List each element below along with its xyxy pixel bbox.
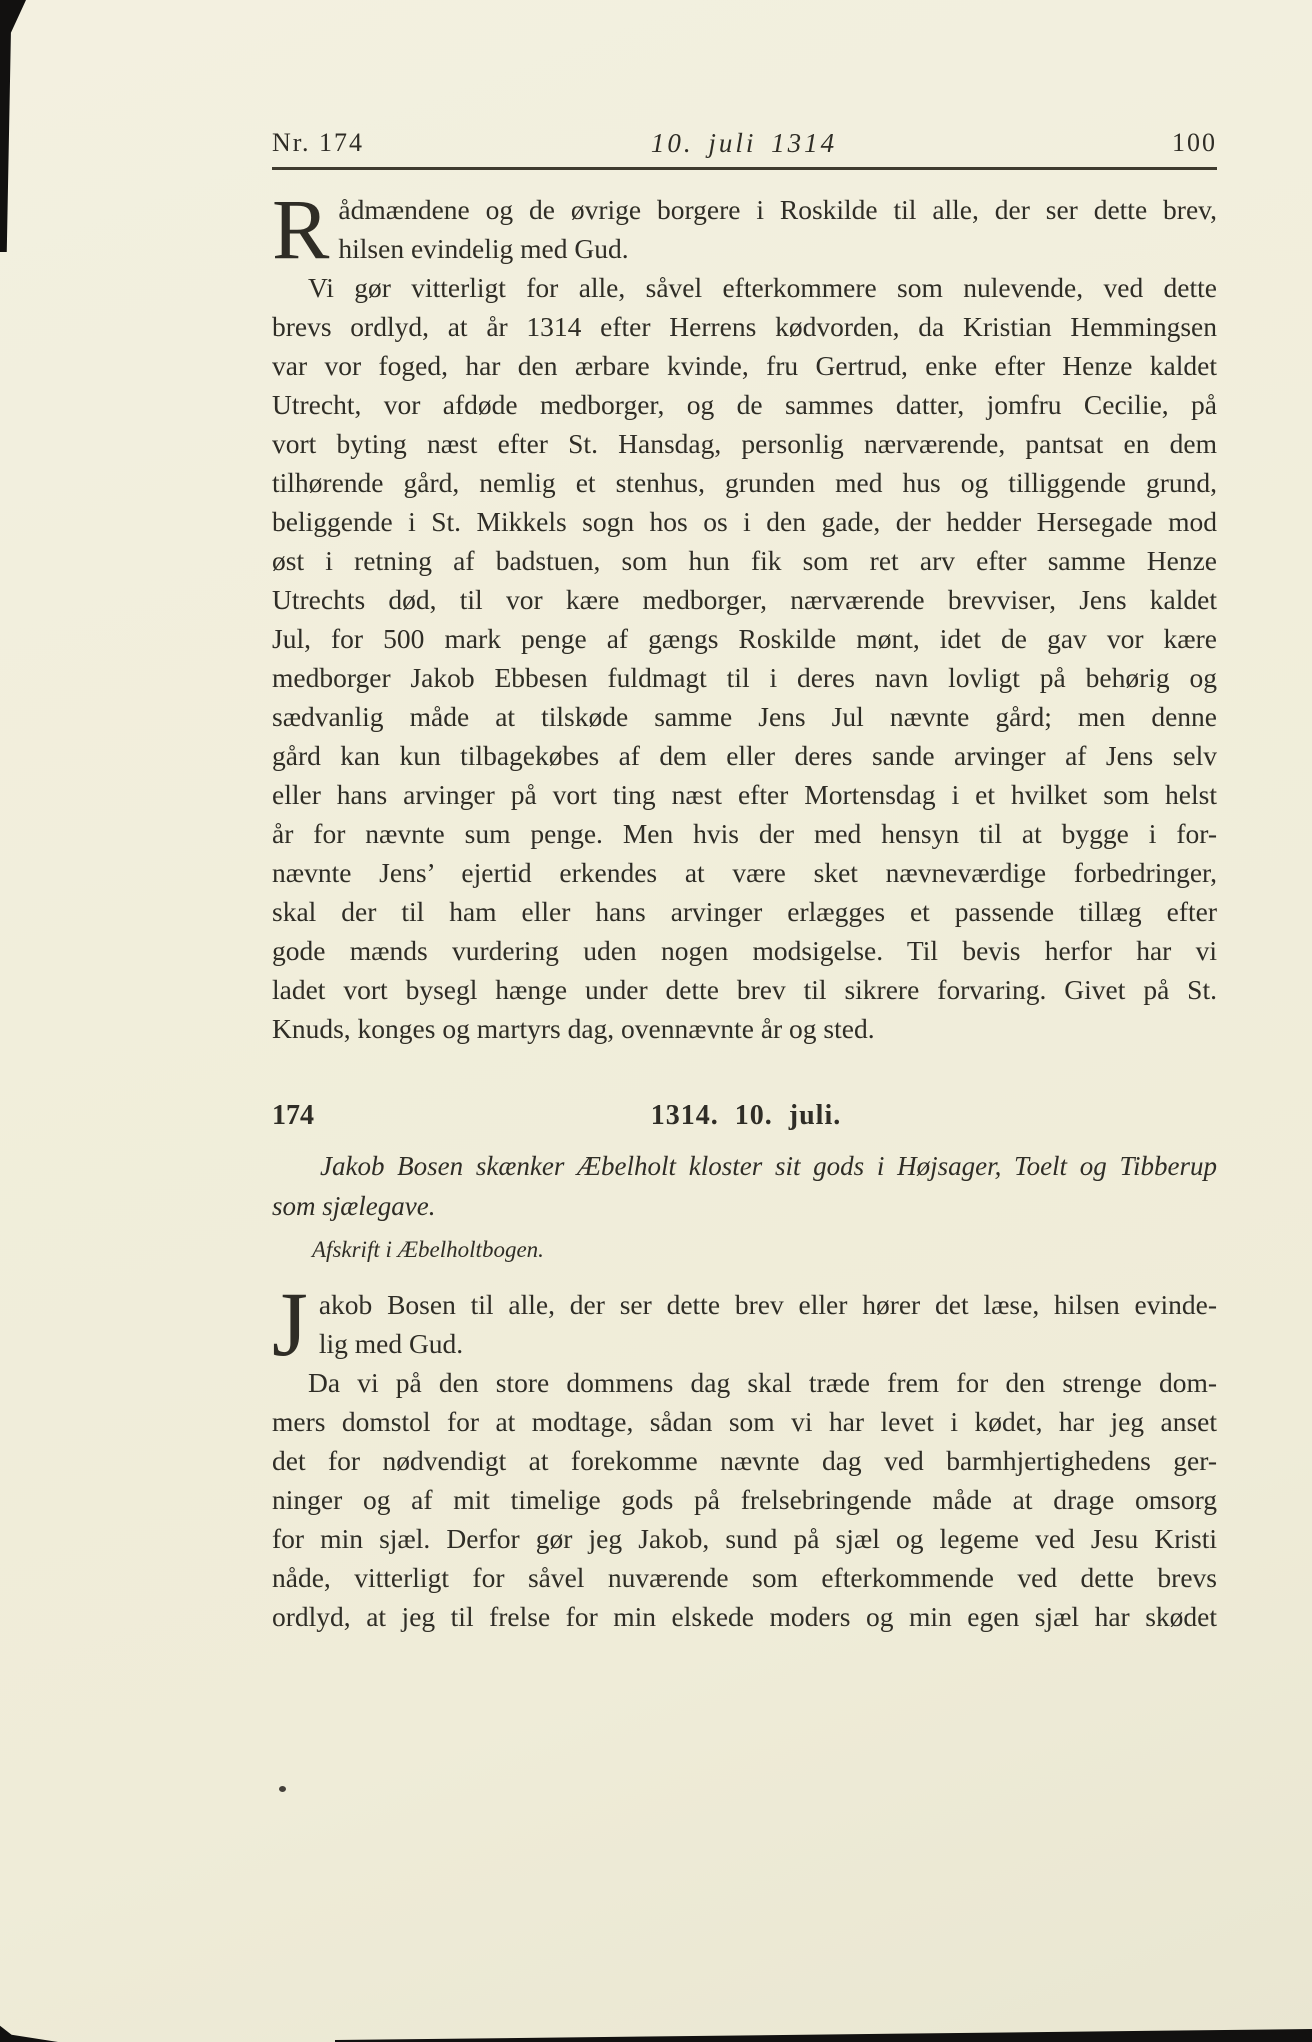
text-line: Jul, for 500 mark penge af gængs Roskild… [272,619,1217,658]
text-line: Da vi på den store dommens dag skal træd… [272,1363,1217,1402]
source-note: Afskrift i Æbelholtbogen. [312,1237,544,1263]
text-line: øst i retning af badstuen, som hun fik s… [272,541,1217,580]
running-header: Nr. 174 10. juli 1314 100 [272,128,1217,164]
entry-heading: 174 1314. 10. juli. [272,1100,1217,1142]
text-line: år for nævnte sum penge. Men hvis der me… [272,814,1217,853]
text-line: var vor foged, har den ærbare kvinde, fr… [272,346,1217,385]
text-line: Utrechts død, til vor kære medborger, næ… [272,580,1217,619]
text-line: for min sjæl. Derfor gør jeg Jakob, sund… [272,1519,1217,1558]
header-date: 10. juli 1314 [651,128,837,159]
text-line: hilsen evindelig med Gud. [272,229,1217,268]
scan-artifact-bottom-left [0,2024,58,2042]
text-line: det for nødvendigt at forekomme nævnte d… [272,1441,1217,1480]
header-page-number: 100 [1172,128,1217,158]
text-line: ådmændene og de øvrige borgere i Roskild… [272,190,1217,229]
text-line: gode mænds vurdering uden nogen modsigel… [272,931,1217,970]
entry-number: 174 [272,1100,314,1132]
doc1-salutation: R ådmændene og de øvrige borgere i Roski… [272,190,1217,268]
text-line: akob Bosen til alle, der ser dette brev … [272,1285,1217,1324]
text-line: eller hans arvinger på vort ting næst ef… [272,775,1217,814]
text-line: sædvanlig måde at tilskøde samme Jens Ju… [272,697,1217,736]
text-line: lig med Gud. [272,1324,1217,1363]
drop-cap-j: J [272,1286,319,1362]
doc2-body: Da vi på den store dommens dag skal træd… [272,1363,1217,1636]
drop-cap-r: R [272,191,338,267]
scan-artifact-top-left [0,0,26,252]
text-line: tilhørende gård, nemlig et stenhus, grun… [272,463,1217,502]
scan-artifact-bottom-edge [335,2029,1312,2042]
text-line: gård kan kun tilbagekøbes af dem eller d… [272,736,1217,775]
text-line: ladet vort bysegl hænge under dette brev… [272,970,1217,1009]
entry-date: 1314. 10. juli. [651,1100,841,1132]
doc1-body: Vi gør vitterligt for alle, såvel efterk… [272,268,1217,1048]
scanned-book-page: Nr. 174 10. juli 1314 100 R ådmændene og… [0,0,1312,2042]
doc2-salutation: J akob Bosen til alle, der ser dette bre… [272,1285,1217,1363]
text-line: medborger Jakob Ebbesen fuldmagt til i d… [272,658,1217,697]
text-line: ninger og af mit timelige gods på frelse… [272,1480,1217,1519]
header-entry-number: Nr. 174 [272,128,364,158]
text-line: som sjælegave. [272,1186,1217,1226]
text-line: Utrecht, vor afdøde medborger, og de sam… [272,385,1217,424]
text-line: beliggende i St. Mikkels sogn hos os i d… [272,502,1217,541]
text-line: skal der til ham eller hans arvinger erl… [272,892,1217,931]
text-line: Jakob Bosen skænker Æbelholt kloster sit… [272,1146,1217,1186]
text-line: Vi gør vitterligt for alle, såvel efterk… [272,268,1217,307]
text-line: Knuds, konges og martyrs dag, ovennævnte… [272,1009,1217,1048]
ink-speck [279,1786,286,1792]
text-line: nævnte Jens’ ejertid erkendes at være sk… [272,853,1217,892]
entry-summary: Jakob Bosen skænker Æbelholt kloster sit… [272,1146,1217,1226]
text-line: brevs ordlyd, at år 1314 efter Herrens k… [272,307,1217,346]
text-line: mers domstol for at modtage, sådan som v… [272,1402,1217,1441]
header-rule [272,167,1217,170]
text-line: nåde, vitterligt for såvel nuværende som… [272,1558,1217,1597]
text-line: ordlyd, at jeg til frelse for min elsked… [272,1597,1217,1636]
text-line: vort byting næst efter St. Hansdag, pers… [272,424,1217,463]
